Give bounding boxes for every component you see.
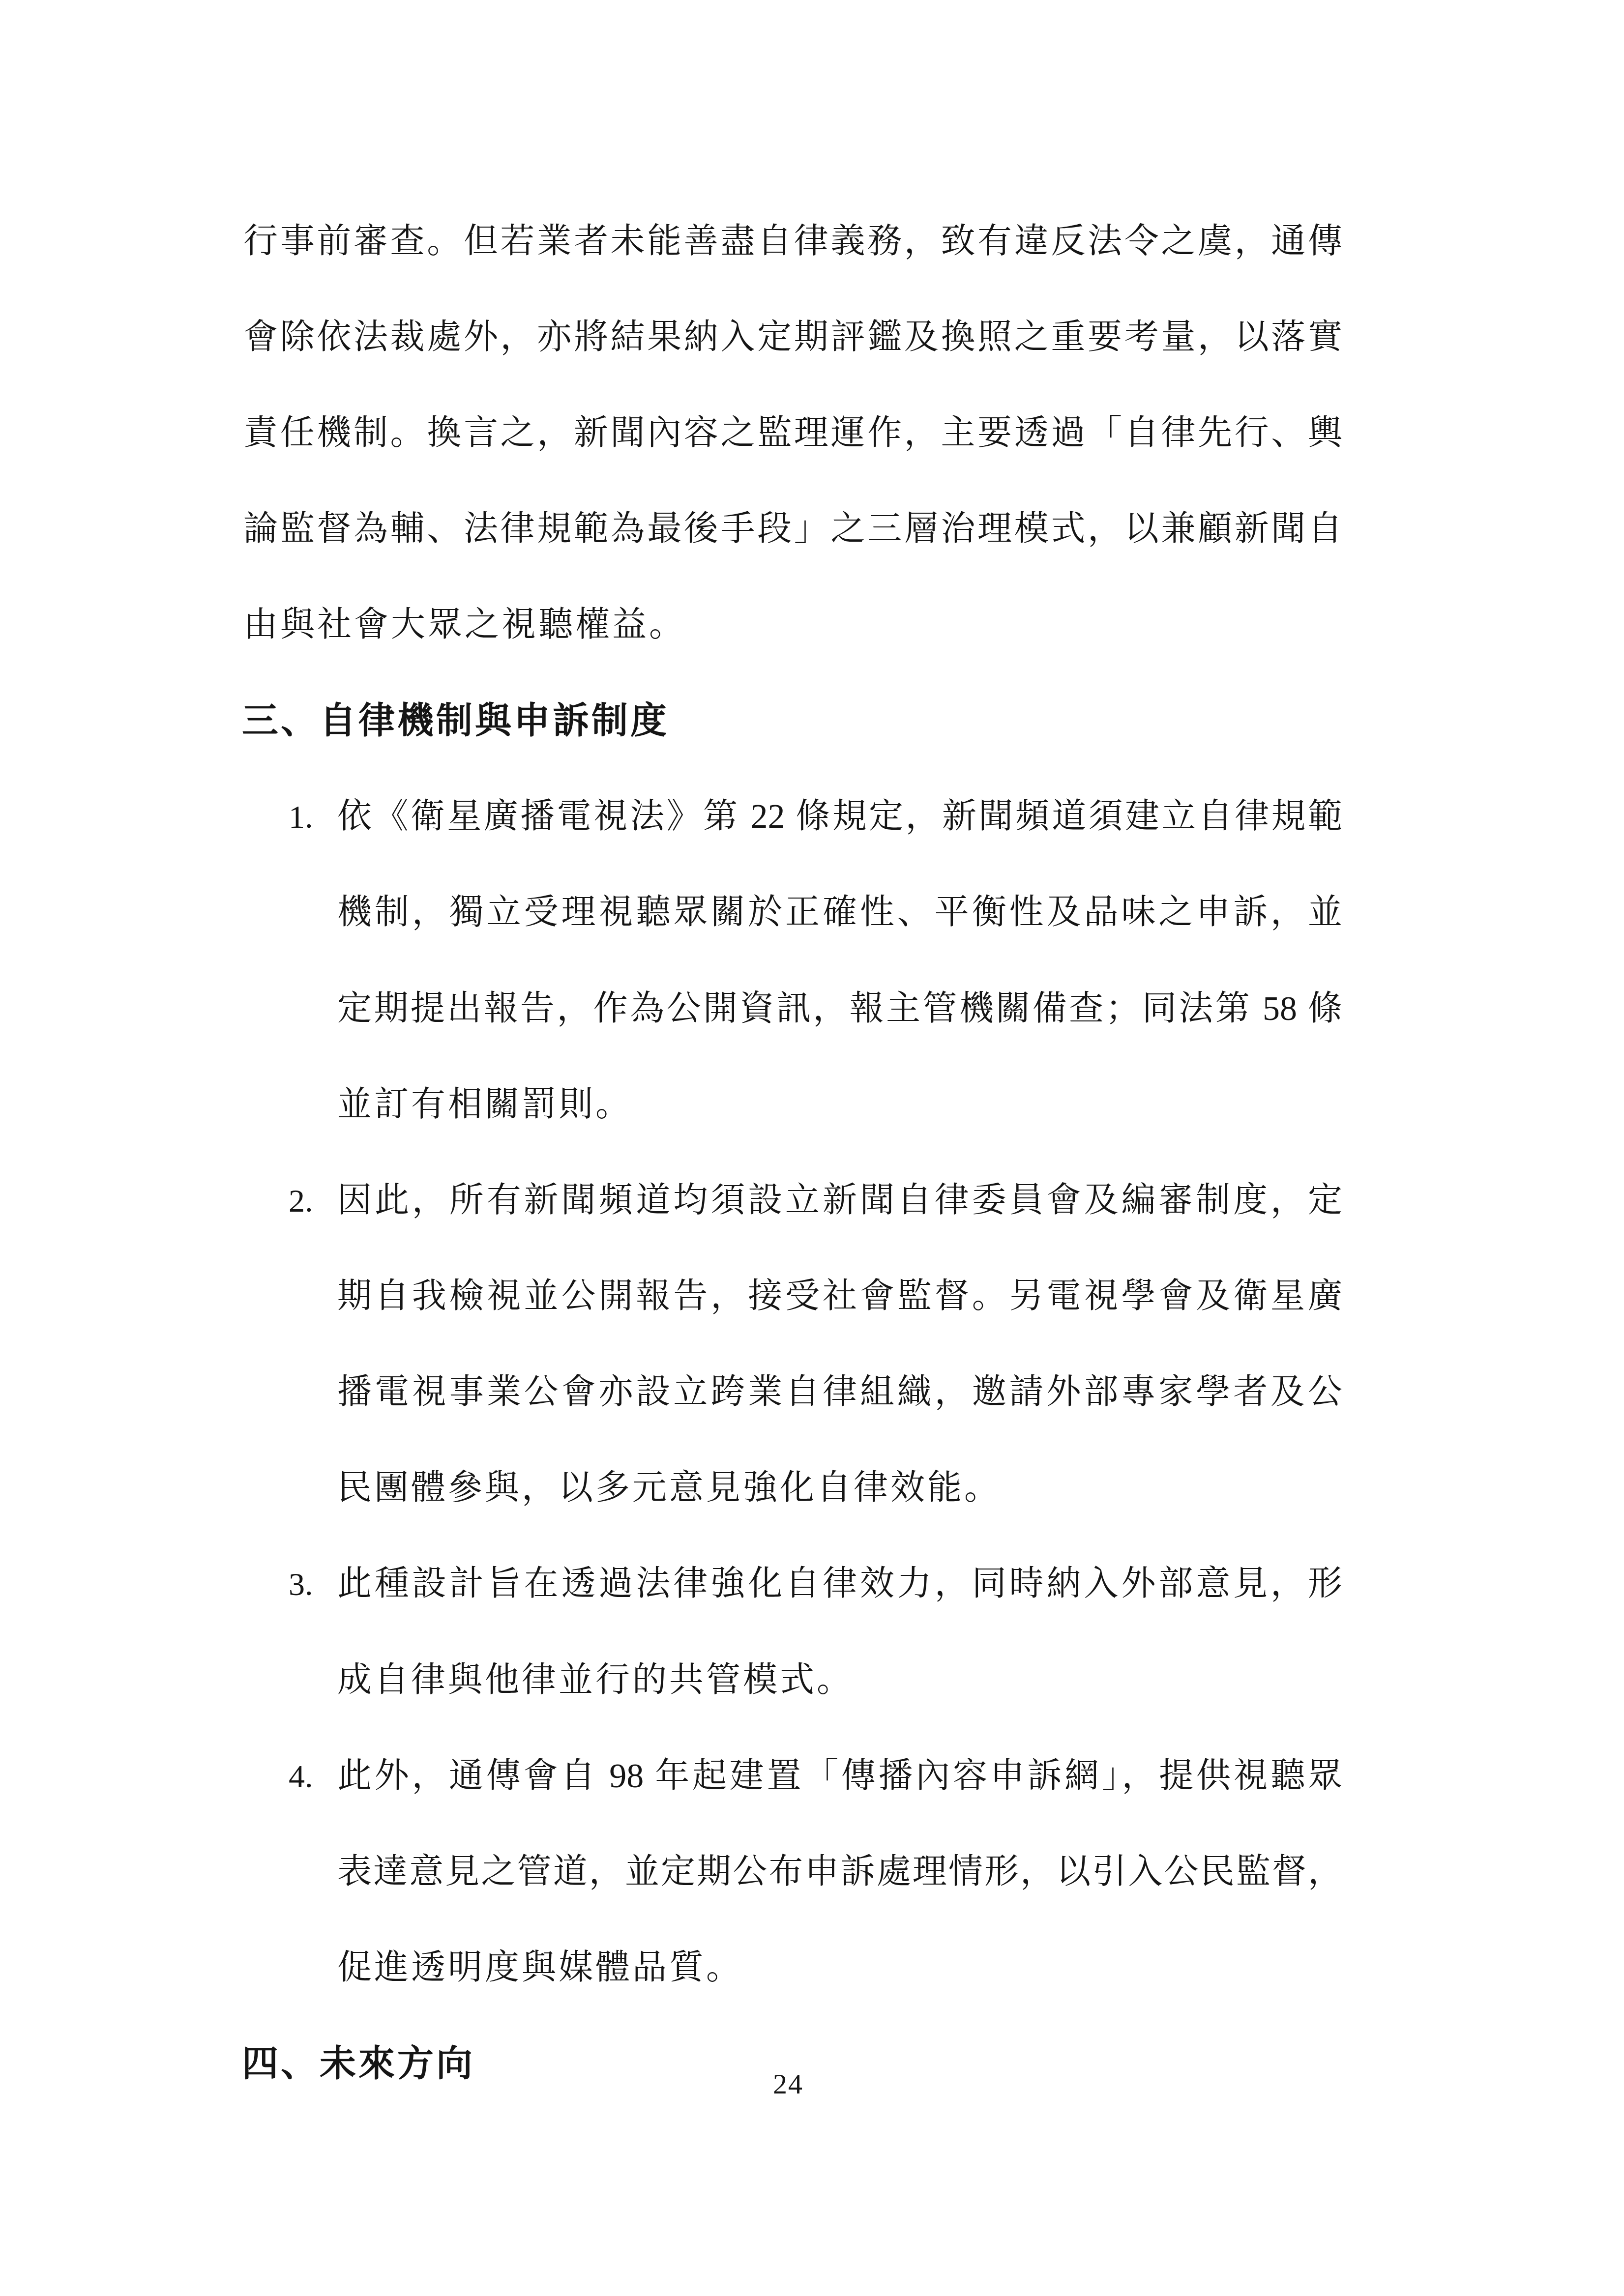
list-item-line: 表達意見之管道，並定期公布申訴處理情形，以引入公民監督， bbox=[337, 1848, 1342, 1897]
paragraph-line: 責任機制。換言之，新聞內容之監理運作，主要透過「自律先行、輿 bbox=[243, 409, 1342, 458]
list-item-line: 促進透明度與媒體品質。 bbox=[337, 1944, 743, 1993]
list-item-line: 期自我檢視並公開報告，接受社會監督。另電視學會及衛星廣 bbox=[337, 1272, 1342, 1321]
page-number: 24 bbox=[773, 2067, 803, 2101]
list-item-line: 定期提出報告，作為公開資訊，報主管機關備查；同法第 58 條 bbox=[337, 985, 1342, 1034]
list-item-line: 機制，獨立受理視聽眾關於正確性、平衡性及品味之申訴，並 bbox=[337, 888, 1342, 937]
list-item-number: 3. bbox=[289, 1560, 337, 1610]
list-item-number: 4. bbox=[289, 1752, 337, 1802]
document-page: 行事前審查。但若業者未能善盡自律義務，致有違反法令之虞，通傳 會除依法裁處外，亦… bbox=[0, 0, 1624, 2296]
list-item-first-line: 4. 此外，通傳會自 98 年起建置「傳播內容申訴網」，提供視聽眾 bbox=[289, 1752, 1342, 1801]
list-item-line: 此種設計旨在透過法律強化自律效力，同時納入外部意見，形 bbox=[337, 1560, 1342, 1609]
list-item-line: 並訂有相關罰則。 bbox=[337, 1080, 632, 1130]
list-item-first-line: 3. 此種設計旨在透過法律強化自律效力，同時納入外部意見，形 bbox=[289, 1560, 1342, 1609]
paragraph-line: 行事前審查。但若業者未能善盡自律義務，致有違反法令之虞，通傳 bbox=[243, 217, 1342, 266]
list-item-line: 依《衛星廣播電視法》第 22 條規定，新聞頻道須建立自律規範 bbox=[337, 792, 1342, 842]
section-heading-3: 三、自律機制與申訴制度 bbox=[242, 697, 669, 746]
section-heading-4: 四、未來方向 bbox=[242, 2039, 475, 2089]
list-item-line: 民團體參與，以多元意見強化自律效能。 bbox=[337, 1464, 1001, 1513]
list-item-number: 1. bbox=[289, 792, 337, 843]
paragraph-line: 會除依法裁處外，亦將結果納入定期評鑑及換照之重要考量，以落實 bbox=[243, 313, 1342, 362]
list-item-line: 因此，所有新聞頻道均須設立新聞自律委員會及編審制度，定 bbox=[337, 1176, 1342, 1225]
list-item-first-line: 1. 依《衛星廣播電視法》第 22 條規定，新聞頻道須建立自律規範 bbox=[289, 792, 1342, 842]
paragraph-line: 論監督為輔、法律規範為最後手段」之三層治理模式，以兼顧新聞自 bbox=[243, 505, 1342, 554]
list-item-first-line: 2. 因此，所有新聞頻道均須設立新聞自律委員會及編審制度，定 bbox=[289, 1176, 1342, 1225]
list-item-line: 成自律與他律並行的共管模式。 bbox=[337, 1656, 854, 1705]
list-item-line: 此外，通傳會自 98 年起建置「傳播內容申訴網」，提供視聽眾 bbox=[337, 1752, 1342, 1801]
list-item-line: 播電視事業公會亦設立跨業自律組織，邀請外部專家學者及公 bbox=[337, 1368, 1342, 1417]
list-item-number: 2. bbox=[289, 1176, 337, 1226]
paragraph-line: 由與社會大眾之視聽權益。 bbox=[243, 601, 686, 650]
